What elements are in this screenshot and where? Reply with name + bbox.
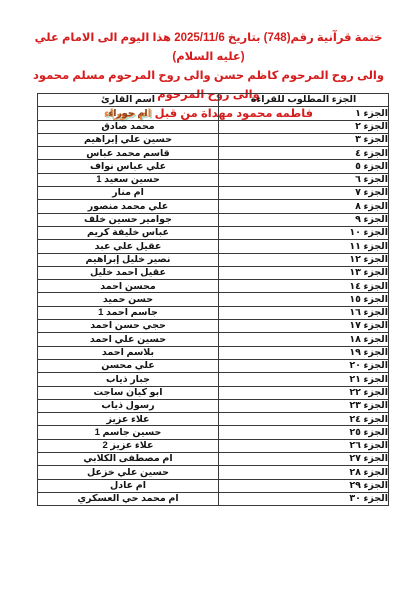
- requested-part-cell: الجزء ١٣: [219, 266, 389, 279]
- table-header-row: اسم القارئ الجزء المطلوب للقراءة: [38, 94, 389, 107]
- requested-part-cell: الجزء ٢٨: [219, 466, 389, 479]
- reader-name-cell: حسين علي احمد: [38, 333, 219, 346]
- document-page: ختمة قرآنية رقم(748) بتاريخ 2025/11/6 هذ…: [0, 0, 417, 590]
- reader-name-cell: محسن احمد: [38, 280, 219, 293]
- table-row: محمد صادقالجزء ٢: [38, 120, 389, 133]
- table-row: ام عادلالجزء ٢٩: [38, 479, 389, 492]
- requested-part-cell: الجزء ٢٣: [219, 399, 389, 412]
- table-row: ام محمد حي العسكريالجزء ٣٠: [38, 492, 389, 505]
- reader-name-cell: ام منار: [38, 187, 219, 200]
- table-row: ابو كيان ساجتالجزء ٢٢: [38, 386, 389, 399]
- table-row: بلاسم احمدالجزء ١٩: [38, 346, 389, 359]
- requested-part-cell: الجزء ٢١: [219, 373, 389, 386]
- table-row: حسين جاسم 1الجزء ٢٥: [38, 426, 389, 439]
- reader-name-cell: نصير خليل إبراهيم: [38, 253, 219, 266]
- requested-part-cell: الجزء ٢٢: [219, 386, 389, 399]
- announcement-line-1: ختمة قرآنية رقم(748) بتاريخ 2025/11/6 هذ…: [29, 29, 388, 67]
- reader-name-cell: ام عادل: [38, 479, 219, 492]
- reader-name-cell: علي محمد منصور: [38, 200, 219, 213]
- table-row: حجي حسن احمدالجزء ١٧: [38, 320, 389, 333]
- requested-part-column-header: الجزء المطلوب للقراءة: [219, 94, 389, 107]
- reader-name-cell: ابو كيان ساجت: [38, 386, 219, 399]
- reader-name-cell: ام محمد حي العسكري: [38, 492, 219, 505]
- table-row: حسين علي احمدالجزء ١٨: [38, 333, 389, 346]
- table-row: ام مصطفى الكلابيالجزء ٢٧: [38, 453, 389, 466]
- reader-name-cell: جاسم احمد 1: [38, 306, 219, 319]
- table-row: عقيل احمد خليلالجزء ١٣: [38, 266, 389, 279]
- requested-part-cell: الجزء ٦: [219, 173, 389, 186]
- reader-name-cell: جوامير حسين خلف: [38, 213, 219, 226]
- table-row: حسين سعيد 1الجزء ٦: [38, 173, 389, 186]
- table-row: نصير خليل إبراهيمالجزء ١٢: [38, 253, 389, 266]
- reader-table-body: ام حوراءالجزء ١محمد صادقالجزء ٢حسين علي …: [38, 107, 389, 506]
- reader-name-cell: محمد صادق: [38, 120, 219, 133]
- requested-part-cell: الجزء ٢٠: [219, 359, 389, 372]
- reader-name-cell: حسين سعيد 1: [38, 173, 219, 186]
- requested-part-cell: الجزء ٢٦: [219, 439, 389, 452]
- table-row: عقيل علي عبدالجزء ١١: [38, 240, 389, 253]
- table-row: رسول ذيابالجزء ٢٣: [38, 399, 389, 412]
- reader-name-cell: حسين علي خزعل: [38, 466, 219, 479]
- requested-part-cell: الجزء ٩: [219, 213, 389, 226]
- requested-part-cell: الجزء ٥: [219, 160, 389, 173]
- table-row: علي محمد منصورالجزء ٨: [38, 200, 389, 213]
- requested-part-cell: الجزء ٣: [219, 133, 389, 146]
- reader-name-cell: عقيل احمد خليل: [38, 266, 219, 279]
- requested-part-cell: الجزء ٢٥: [219, 426, 389, 439]
- reader-name-cell: حجي حسن احمد: [38, 320, 219, 333]
- requested-part-cell: الجزء ١٦: [219, 306, 389, 319]
- table-row: جبار ذيابالجزء ٢١: [38, 373, 389, 386]
- requested-part-cell: الجزء ١٩: [219, 346, 389, 359]
- reader-name-cell: عباس خليفة كريم: [38, 226, 219, 239]
- table-row: عباس خليفة كريمالجزء ١٠: [38, 226, 389, 239]
- requested-part-cell: الجزء ٢٧: [219, 453, 389, 466]
- reader-name-cell: حسن حميد: [38, 293, 219, 306]
- table-row: حسين علي إبراهيمالجزء ٣: [38, 133, 389, 146]
- requested-part-cell: الجزء ١٤: [219, 280, 389, 293]
- table-row: جاسم احمد 1الجزء ١٦: [38, 306, 389, 319]
- requested-part-cell: الجزء ٢٤: [219, 413, 389, 426]
- requested-part-cell: الجزء ٣٠: [219, 492, 389, 505]
- reader-name-cell: علي محسن: [38, 359, 219, 372]
- table-row: ام منارالجزء ٧: [38, 187, 389, 200]
- table-row: ام حوراءالجزء ١: [38, 107, 389, 120]
- requested-part-cell: الجزء ٤: [219, 147, 389, 160]
- reader-name-cell: قاسم محمد عباس: [38, 147, 219, 160]
- reader-name-cell: ام مصطفى الكلابي: [38, 453, 219, 466]
- reader-name-column-header: اسم القارئ: [38, 94, 219, 107]
- reader-name-cell: علي عباس نواف: [38, 160, 219, 173]
- requested-part-cell: الجزء ١٢: [219, 253, 389, 266]
- reader-name-cell: رسول ذياب: [38, 399, 219, 412]
- reader-name-cell: جبار ذياب: [38, 373, 219, 386]
- reader-name-cell: بلاسم احمد: [38, 346, 219, 359]
- table-row: علاء عزيز 2الجزء ٢٦: [38, 439, 389, 452]
- reader-name-cell: حسين علي إبراهيم: [38, 133, 219, 146]
- reader-name-cell: علاء عزيز: [38, 413, 219, 426]
- reader-name-cell: علاء عزيز 2: [38, 439, 219, 452]
- requested-part-cell: الجزء ١: [219, 107, 389, 120]
- requested-part-cell: الجزء ١٨: [219, 333, 389, 346]
- table-row: حسن حميدالجزء ١٥: [38, 293, 389, 306]
- requested-part-cell: الجزء ٨: [219, 200, 389, 213]
- table-row: محسن احمدالجزء ١٤: [38, 280, 389, 293]
- requested-part-cell: الجزء ٢: [219, 120, 389, 133]
- table-row: حسين علي خزعلالجزء ٢٨: [38, 466, 389, 479]
- reader-name-cell: ام حوراء: [38, 107, 219, 120]
- requested-part-cell: الجزء ١٠: [219, 226, 389, 239]
- table-row: علي محسنالجزء ٢٠: [38, 359, 389, 372]
- reader-name-cell: عقيل علي عبد: [38, 240, 219, 253]
- table-row: علي عباس نوافالجزء ٥: [38, 160, 389, 173]
- requested-part-cell: الجزء ١٥: [219, 293, 389, 306]
- readers-table: اسم القارئ الجزء المطلوب للقراءة ام حورا…: [37, 93, 389, 506]
- table-row: علاء عزيزالجزء ٢٤: [38, 413, 389, 426]
- reader-name-cell: حسين جاسم 1: [38, 426, 219, 439]
- table-row: جوامير حسين خلفالجزء ٩: [38, 213, 389, 226]
- table-row: قاسم محمد عباسالجزء ٤: [38, 147, 389, 160]
- requested-part-cell: الجزء ١٧: [219, 320, 389, 333]
- requested-part-cell: الجزء ٧: [219, 187, 389, 200]
- requested-part-cell: الجزء ١١: [219, 240, 389, 253]
- requested-part-cell: الجزء ٢٩: [219, 479, 389, 492]
